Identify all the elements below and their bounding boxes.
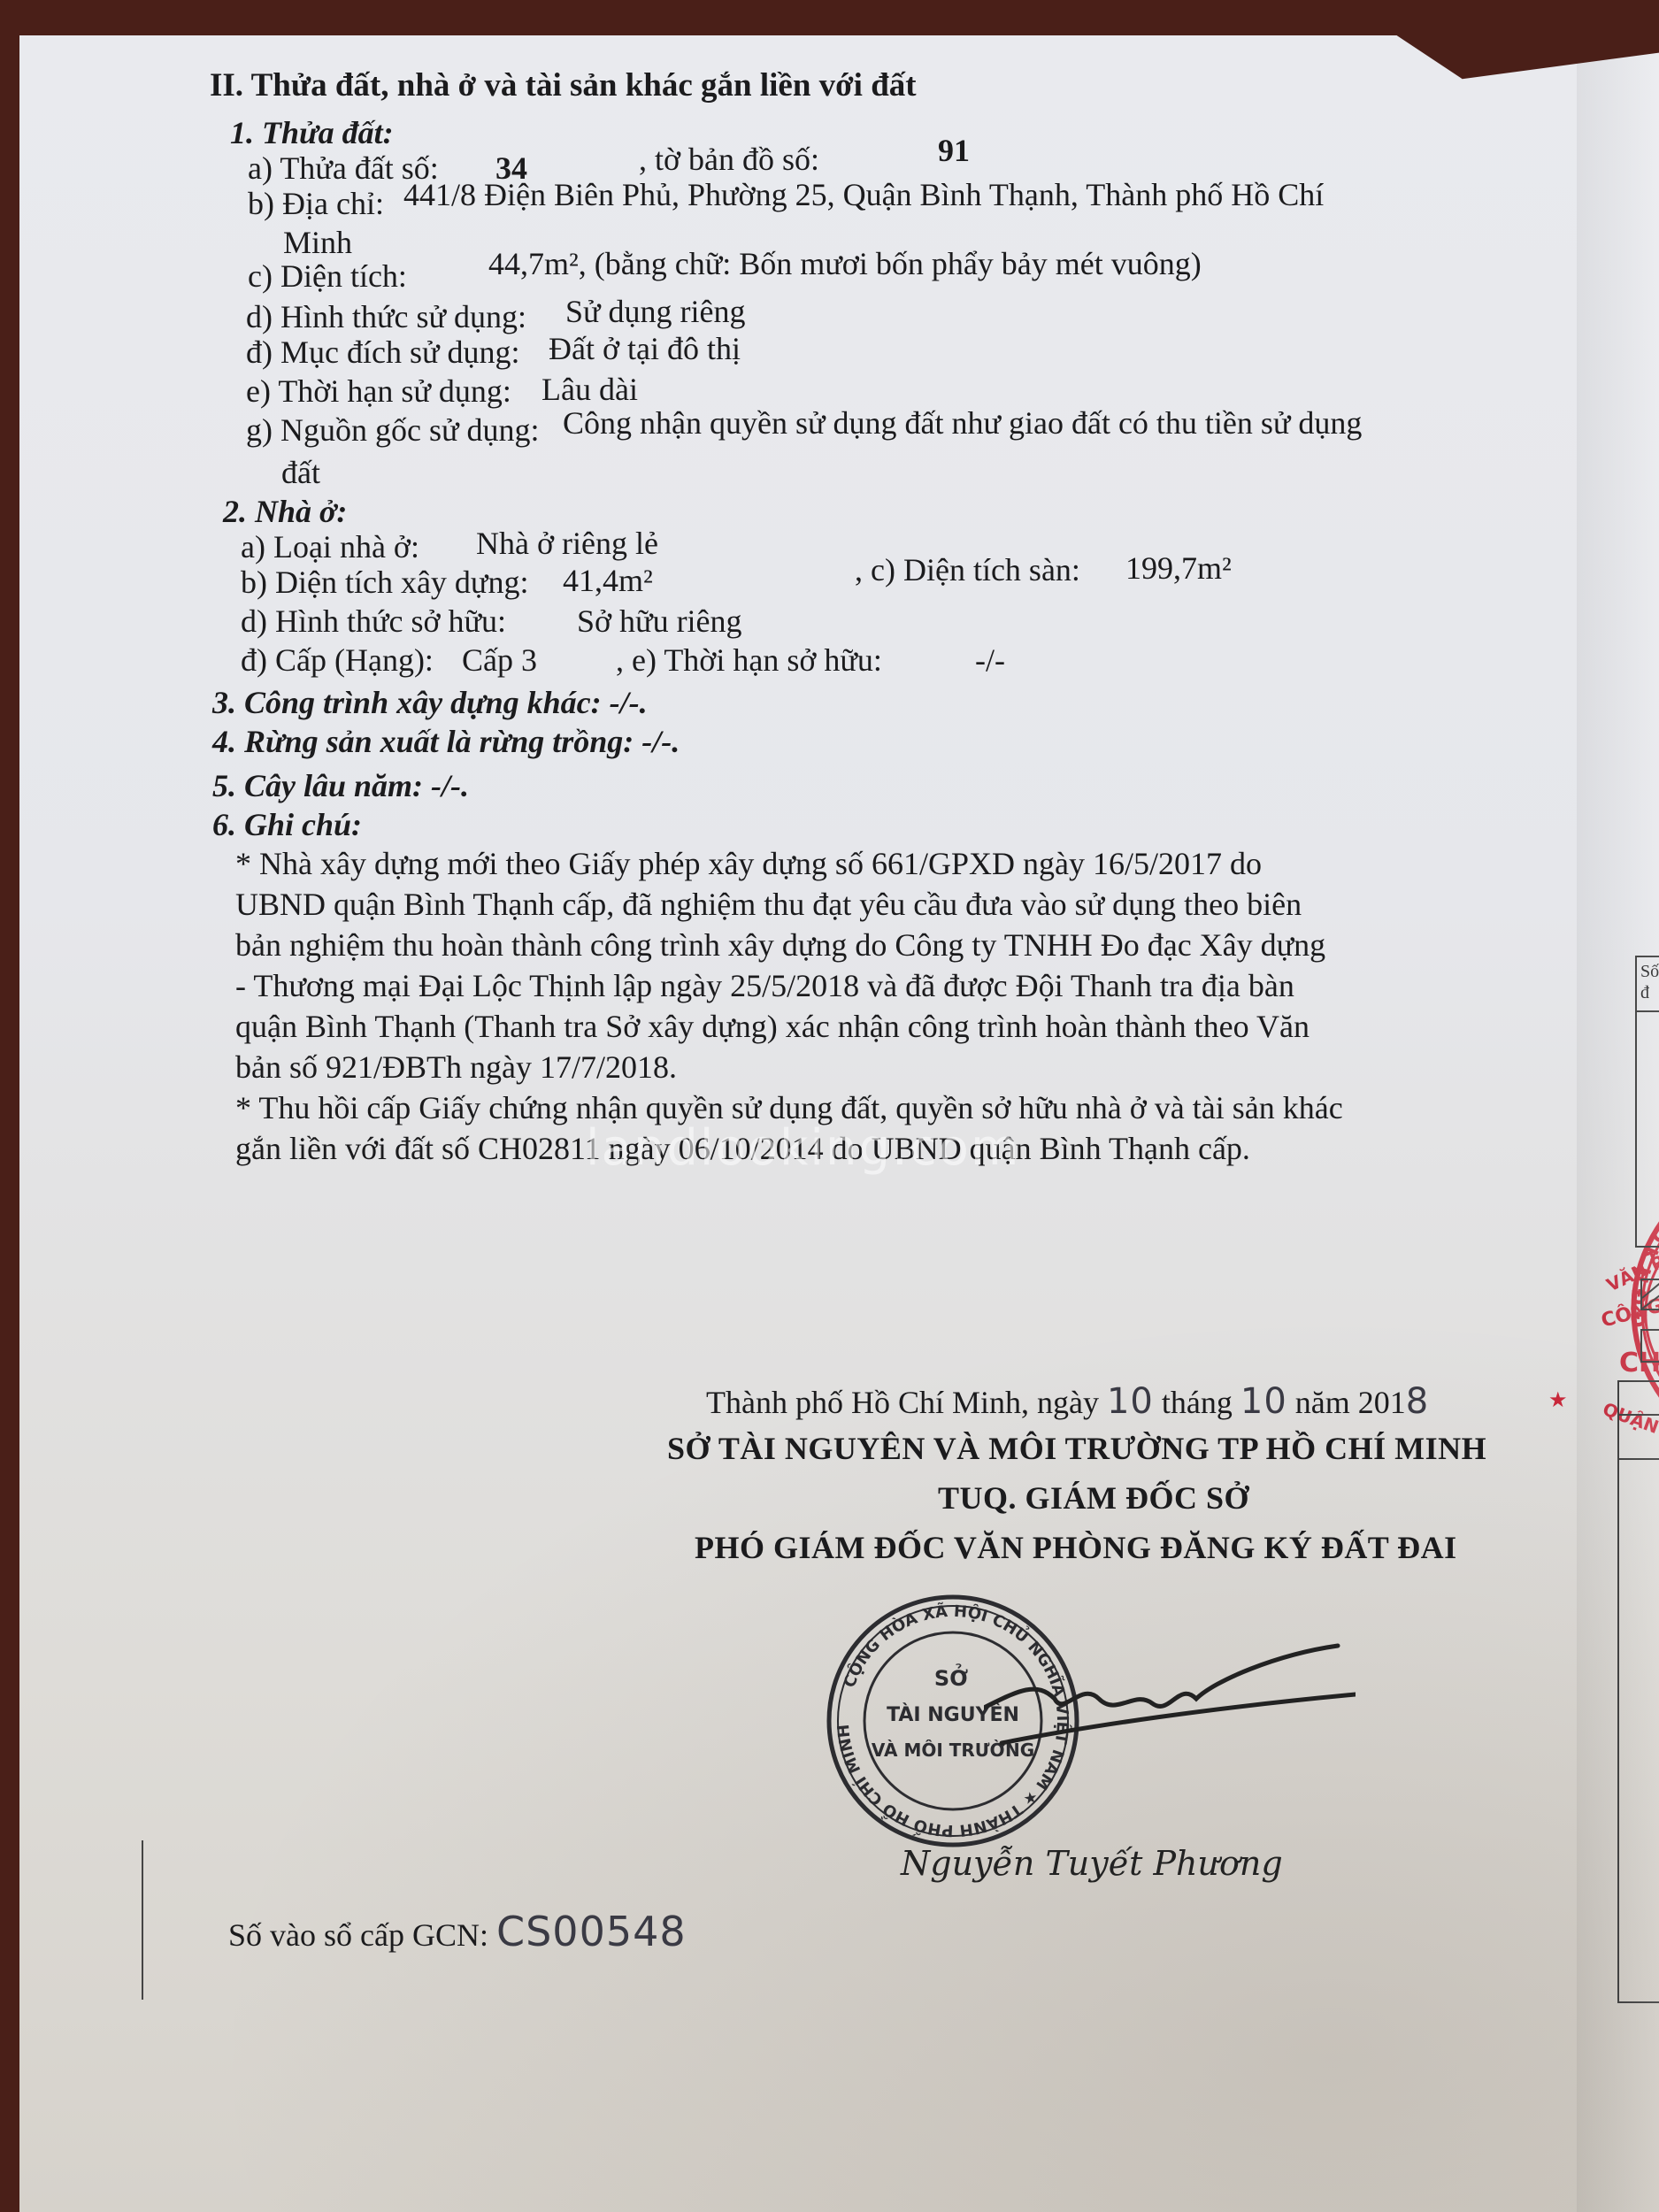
issuing-agency: SỞ TÀI NGUYÊN VÀ MÔI TRƯỜNG TP HỒ CHÍ MI… [667, 1430, 1486, 1467]
origin-value-line2: đất [281, 457, 320, 488]
term-label: e) Thời hạn sử dụng: [246, 375, 511, 407]
side-form-lower-box [1617, 1380, 1659, 2003]
red-office-seal-icon: S.Đ.K.H.Đ.Đ QUẬN 3 ★ VĂN PH CÔNG CH [1486, 1168, 1659, 1433]
date-month: 10 [1240, 1381, 1287, 1422]
map-label: , tờ bản đồ số: [639, 143, 819, 175]
floor-area-value: 199,7m² [1125, 552, 1232, 584]
use-form-value: Sử dụng riêng [565, 296, 746, 327]
on-behalf-title: TUQ. GIÁM ĐỐC SỞ [938, 1479, 1249, 1517]
checked-box [1640, 1279, 1659, 1310]
note-line: bản nghiệm thu hoàn thành công trình xây… [235, 929, 1325, 961]
register-value: CS00548 [496, 1908, 687, 1955]
svg-text:VĂN PH: VĂN PH [1603, 1244, 1659, 1295]
house-type-value: Nhà ở riêng lẻ [476, 527, 658, 559]
handwritten-signature-icon [984, 1628, 1356, 1752]
register-number: Số vào sổ cấp GCN: CS00548 [228, 1911, 687, 1952]
house-type-label: a) Loại nhà ở: [241, 531, 419, 563]
date-year-label: năm 201 [1295, 1385, 1406, 1420]
certificate-page: II. Thửa đất, nhà ở và tài sản khác gắn … [19, 35, 1659, 2212]
binding-line [142, 1840, 143, 2000]
production-forest: 4. Rừng sản xuất là rừng trồng: -/-. [212, 726, 680, 757]
origin-value-line1: Công nhận quyền sử dụng đất như giao đất… [563, 407, 1362, 439]
perennial-trees: 5. Cây lâu năm: -/-. [212, 770, 469, 802]
svg-text:CÔNG: CÔNG [1599, 1294, 1659, 1333]
note-line: UBND quận Bình Thạnh cấp, đã nghiệm thu … [235, 888, 1302, 920]
map-value: 91 [938, 134, 970, 166]
date-prefix: Thành phố Hồ Chí Minh, ngày [706, 1385, 1099, 1420]
grade-value: Cấp 3 [462, 644, 537, 676]
section-title: II. Thửa đất, nhà ở và tài sản khác gắn … [210, 69, 917, 102]
build-area-value: 41,4m² [563, 565, 653, 596]
svg-text:S.Đ.K.H.Đ.Đ: S.Đ.K.H.Đ.Đ [1625, 1204, 1659, 1328]
own-term-label: , e) Thời hạn sở hữu: [616, 644, 882, 676]
signer-name: Nguyễn Tuyết Phương [901, 1844, 1283, 1883]
signer-position: PHÓ GIÁM ĐỐC VĂN PHÒNG ĐĂNG KÝ ĐẤT ĐAI [695, 1529, 1457, 1566]
build-area-label: b) Diện tích xây dựng: [241, 566, 528, 598]
origin-label: g) Nguồn gốc sử dụng: [246, 414, 540, 446]
grade-label: đ) Cấp (Hạng): [241, 644, 434, 676]
other-construction: 3. Công trình xây dựng khác: -/-. [212, 687, 648, 718]
ownership-label: d) Hình thức sở hữu: [241, 605, 506, 637]
date-year-hand: 8 [1406, 1381, 1429, 1422]
watermark: landlooking.com [586, 1119, 1020, 1177]
address-value-line1: 441/8 Điện Biên Phủ, Phường 25, Quận Bìn… [403, 179, 1324, 211]
land-heading: 1. Thửa đất: [230, 117, 394, 149]
address-label: b) Địa chỉ: [248, 188, 384, 219]
issue-date: Thành phố Hồ Chí Minh, ngày 10 tháng 10 … [706, 1384, 1429, 1419]
register-label: Số vào sổ cấp GCN: [228, 1917, 488, 1953]
area-value: 44,7m², (bằng chữ: Bốn mươi bốn phẩy bảy… [488, 248, 1202, 280]
area-label: c) Diện tích: [248, 260, 407, 292]
purpose-value: Đất ở tại đô thị [549, 333, 741, 365]
floor-area-label: , c) Diện tích sàn: [855, 554, 1080, 586]
svg-text:CH: CH [1619, 1348, 1659, 1379]
purpose-label: đ) Mục đích sử dụng: [246, 336, 519, 368]
svg-text:★: ★ [1548, 1387, 1568, 1412]
date-day: 10 [1107, 1381, 1154, 1422]
note-line: * Nhà xây dựng mới theo Giấy phép xây dự… [235, 848, 1262, 879]
side-form-header: Số đ [1637, 957, 1659, 1012]
notes-heading: 6. Ghi chú: [212, 809, 362, 841]
date-month-label: tháng [1162, 1385, 1233, 1420]
side-form-box: Số đ [1635, 956, 1659, 1248]
note-line: quận Bình Thạnh (Thanh tra Sở xây dựng) … [235, 1010, 1310, 1042]
unchecked-box [1640, 1329, 1659, 1363]
own-term-value: -/- [975, 644, 1005, 676]
address-value-line2: Minh [283, 227, 352, 258]
use-form-label: d) Hình thức sử dụng: [246, 301, 526, 333]
ownership-value: Sở hữu riêng [577, 605, 742, 637]
note-line: - Thương mại Đại Lộc Thịnh lập ngày 25/5… [235, 970, 1294, 1002]
svg-text:QUẬN 3: QUẬN 3 [1600, 1398, 1659, 1433]
house-heading: 2. Nhà ở: [223, 495, 347, 527]
term-value: Lâu dài [541, 373, 638, 405]
svg-text:SỞ: SỞ [934, 1662, 968, 1691]
note-line: bản số 921/ĐBTh ngày 17/7/2018. [235, 1051, 677, 1083]
